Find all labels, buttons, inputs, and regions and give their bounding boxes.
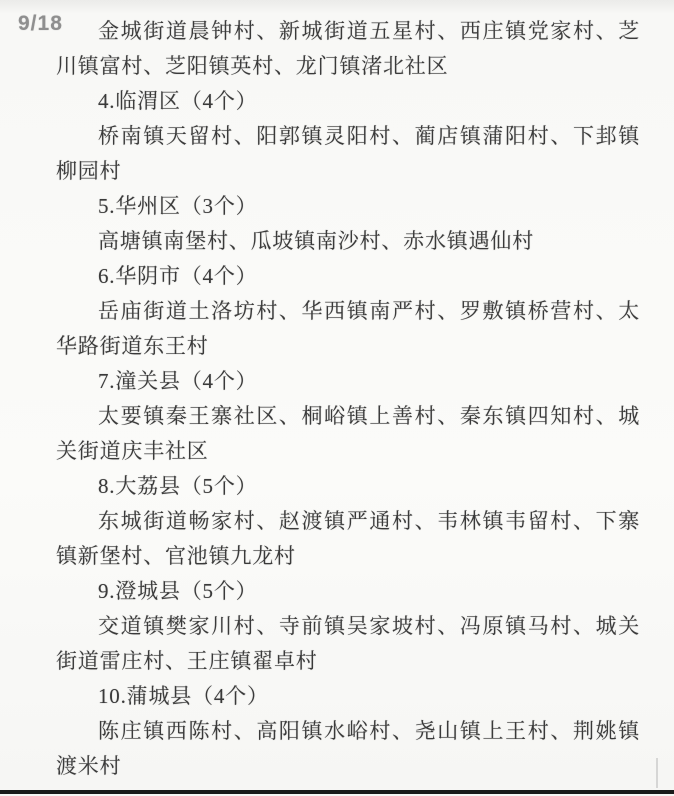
county-heading-pucheng: 10.蒲城县（4个） xyxy=(56,679,640,714)
county-heading-huayin: 6.华阴市（4个） xyxy=(56,259,640,294)
county-heading-tongguan: 7.潼关县（4个） xyxy=(56,364,640,399)
village-list-huazhou: 高塘镇南堡村、瓜坡镇南沙村、赤水镇遇仙村 xyxy=(56,224,640,259)
page-bottom-border xyxy=(0,790,674,794)
village-list-pucheng: 陈庄镇西陈村、高阳镇水峪村、尧山镇上王村、荆姚镇渡米村 xyxy=(56,714,640,784)
county-heading-dali: 8.大荔县（5个） xyxy=(56,469,640,504)
scanned-document-page: 9/18 金城街道晨钟村、新城街道五星村、西庄镇党家村、芝川镇富村、芝阳镇英村、… xyxy=(0,0,674,796)
village-list-huayin: 岳庙街道土洛坊村、华西镇南严村、罗敷镇桥营村、太华路街道东王村 xyxy=(56,294,640,364)
document-content: 金城街道晨钟村、新城街道五星村、西庄镇党家村、芝川镇富村、芝阳镇英村、龙门镇渚北… xyxy=(56,14,640,784)
village-list-linwei: 桥南镇天留村、阳郭镇灵阳村、蔺店镇蒲阳村、下邽镇柳园村 xyxy=(56,119,640,189)
county-heading-chengcheng: 9.澄城县（5个） xyxy=(56,574,640,609)
village-list-dali: 东城街道畅家村、赵渡镇严通村、韦林镇韦留村、下寨镇新堡村、官池镇九龙村 xyxy=(56,504,640,574)
scan-artifact-mark xyxy=(656,758,658,788)
village-list-continued: 金城街道晨钟村、新城街道五星村、西庄镇党家村、芝川镇富村、芝阳镇英村、龙门镇渚北… xyxy=(56,14,640,84)
county-heading-linwei: 4.临渭区（4个） xyxy=(56,84,640,119)
village-list-tongguan: 太要镇秦王寨社区、桐峪镇上善村、秦东镇四知村、城关街道庆丰社区 xyxy=(56,399,640,469)
county-heading-huazhou: 5.华州区（3个） xyxy=(56,189,640,224)
village-list-chengcheng: 交道镇樊家川村、寺前镇吴家坡村、冯原镇马村、城关街道雷庄村、王庄镇翟卓村 xyxy=(56,609,640,679)
